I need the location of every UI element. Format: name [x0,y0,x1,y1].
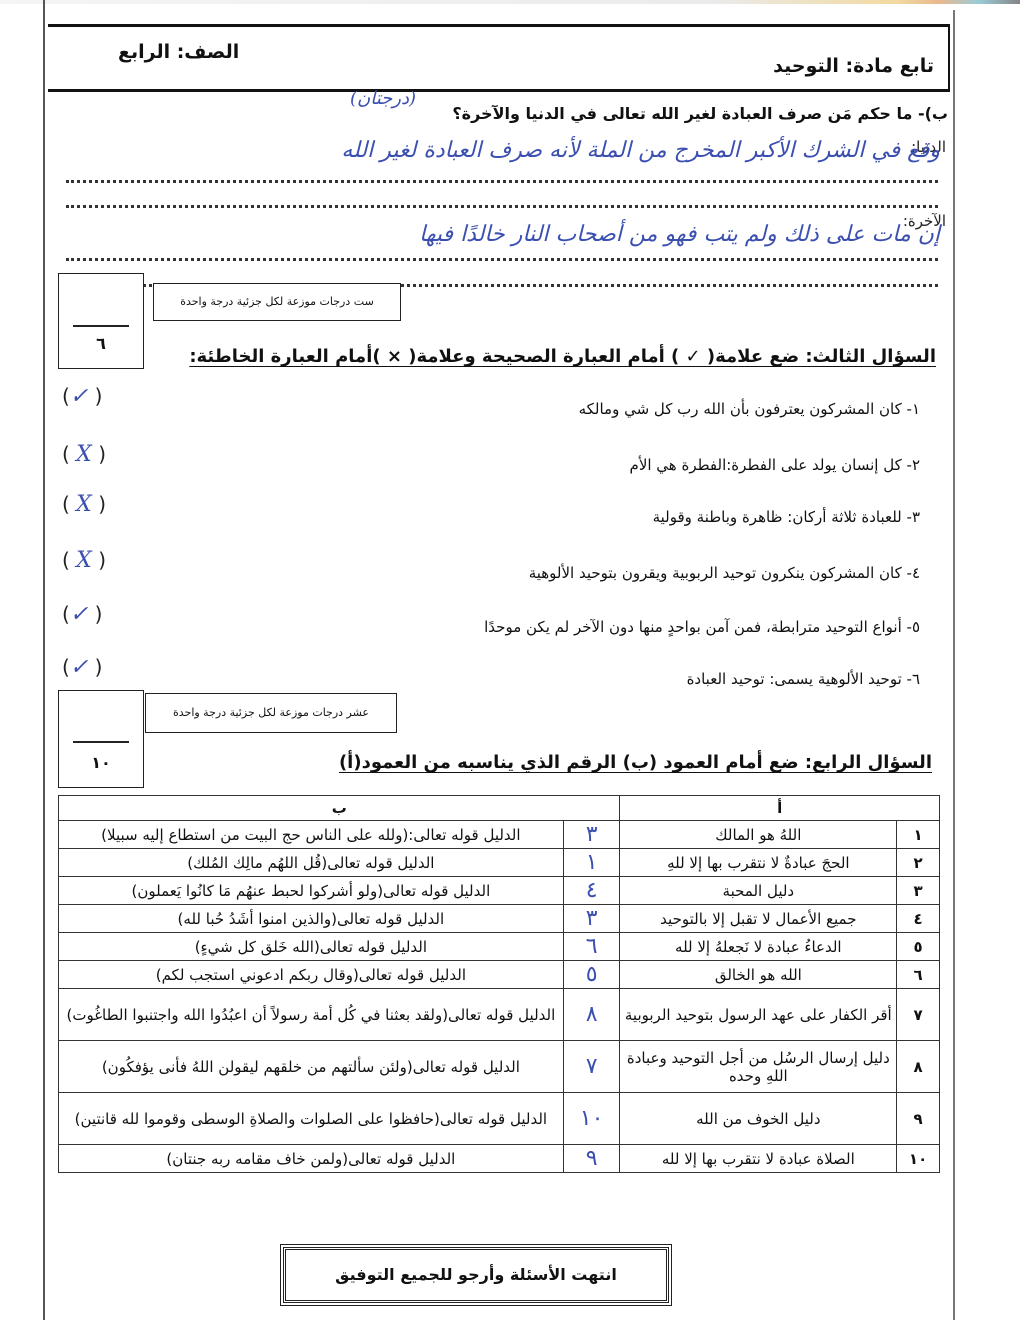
column-a-cell: دليل المحبة [620,877,897,905]
answer-cell[interactable]: ٦ [563,933,620,961]
tf-statement-5: ٥- أنواع التوحيد مترابطة، فمن آمن بواحدٍ… [484,618,920,636]
akhira-answer[interactable]: إن مات على ذلك ولم يتب فهو من أصحاب النا… [419,222,940,247]
column-b-cell: الدليل قوله تعالى(ولقد بعثنا في كُل أمة … [59,989,564,1041]
answer-cell[interactable]: ٣ [563,821,620,849]
table-row: ١ اللهُ هو المالك ٣ الدليل قوله تعالى:(و… [59,821,940,849]
matching-table: أ ب ١ اللهُ هو المالك ٣ الدليل قوله تعال… [58,795,940,1173]
column-a-header: أ [620,796,940,821]
table-row: ٩ دليل الخوف من الله ١٠ الدليل قوله تعال… [59,1093,940,1145]
tf-answer-3[interactable]: ( X ) [62,492,132,517]
table-row: ٨ دليل إرسال الرسُل من أجل التوحيد وعباد… [59,1041,940,1093]
row-number: ١٠ [897,1145,940,1173]
column-b-cell: الدليل قوله تعالى(قُل اللهُم مالِك المُل… [59,849,564,877]
scan-edge [0,0,1020,4]
row-number: ١ [897,821,940,849]
score-total: ٦ [59,334,143,353]
table-row: ٦ الله هو الخالق ٥ الدليل قوله تعالى(وقا… [59,961,940,989]
column-a-cell: الله هو الخالق [620,961,897,989]
cross-icon: X [76,492,92,517]
tf-answer-2[interactable]: ( X ) [62,442,132,467]
answer-cell[interactable]: ١٠ [563,1093,620,1145]
table-row: ٢ الحجَ عبادةٌ لا نتقرب بها إلا للهِ ١ ا… [59,849,940,877]
row-number: ٢ [897,849,940,877]
grading-note-q4: عشر درجات موزعة لكل جزئية درجة واحدة [145,693,397,733]
column-b-cell: الدليل قوله تعالى:(ولله على الناس حج الب… [59,821,564,849]
row-number: ٣ [897,877,940,905]
check-icon: ✓ [70,384,88,409]
row-number: ٦ [897,961,940,989]
grade-label: الصف: الرابع [118,41,239,63]
column-b-cell: الدليل قوله تعالى(والذين امنوا أشَدُ حُب… [59,905,564,933]
page-border-left [43,0,45,1320]
column-a-cell: الصلاة عبادة لا نتقرب بها إلا لله [620,1145,897,1173]
answer-cell[interactable]: ٤ [563,877,620,905]
column-b-cell: الدليل قوله تعالى(ولمن خاف مقامه ربه جنت… [59,1145,564,1173]
answer-cell[interactable]: ٥ [563,961,620,989]
row-number: ٩ [897,1093,940,1145]
column-b-header: ب [59,796,620,821]
row-number: ٨ [897,1041,940,1093]
answer-line [66,180,938,183]
column-a-cell: جميع الأعمال لا تقبل إلا بالتوحيد [620,905,897,933]
cross-icon: X [76,442,92,467]
row-number: ٤ [897,905,940,933]
tf-answer-6[interactable]: (✓ ) [62,655,132,680]
column-a-cell: الحجَ عبادةٌ لا نتقرب بها إلا للهِ [620,849,897,877]
score-total: ١٠ [59,753,143,772]
row-number: ٥ [897,933,940,961]
score-box-q3: ٦ [58,273,144,369]
column-b-cell: الدليل قوله تعالى(الله خَلق كل شيءٍ) [59,933,564,961]
column-b-cell: الدليل قوله تعالى(حافظوا على الصلوات وال… [59,1093,564,1145]
table-row: ٧ أقر الكفار على عهد الرسول بتوحيد الربو… [59,989,940,1041]
answer-cell[interactable]: ٨ [563,989,620,1041]
answer-line [66,205,938,208]
answer-cell[interactable]: ١ [563,849,620,877]
answer-line [66,258,938,261]
column-a-cell: دليل إرسال الرسُل من أجل التوحيد وعبادة … [620,1041,897,1093]
tf-statement-6: ٦- توحيد الألوهية يسمى: توحيد العبادة [687,670,920,688]
column-b-cell: الدليل قوله تعالى(وقال ربكم ادعوني استجب… [59,961,564,989]
row-number: ٧ [897,989,940,1041]
table-row: ١٠ الصلاة عبادة لا نتقرب بها إلا لله ٩ ا… [59,1145,940,1173]
grading-note-q3: ست درجات موزعة لكل جزئية درجة واحدة [153,283,401,321]
column-b-cell: الدليل قوله تعالى(ولو أشركوا لحبط عنهُم … [59,877,564,905]
cross-icon: X [76,548,92,573]
tf-answer-1[interactable]: (✓ ) [62,384,132,409]
check-icon: ✓ [70,655,88,680]
question-3-title: السؤال الثالث: ضع علامة( ✓ ) أمام العبار… [189,346,936,367]
answer-cell[interactable]: ٩ [563,1145,620,1173]
tf-statement-2: ٢- كل إنسان يولد على الفطرة:الفطرة هي ال… [630,456,920,474]
subject-title: تابع مادة: التوحيد [773,55,934,77]
column-a-cell: اللهُ هو المالك [620,821,897,849]
tf-statement-3: ٣- للعبادة ثلاثة أركان: ظاهرة وباطنة وقو… [653,508,920,526]
tf-statement-1: ١- كان المشركون يعترفون بأن الله رب كل ش… [579,400,920,418]
check-icon: ✓ [70,602,88,627]
answer-cell[interactable]: ٧ [563,1041,620,1093]
dunya-answer[interactable]: وقع في الشرك الأكبر المخرج من الملة لأنه… [341,138,940,163]
table-row: ٤ جميع الأعمال لا تقبل إلا بالتوحيد ٣ ال… [59,905,940,933]
page-border-right [953,10,955,1320]
column-a-cell: دليل الخوف من الله [620,1093,897,1145]
tf-answer-5[interactable]: (✓ ) [62,602,132,627]
table-row: ٥ الدعاءُ عبادة لا نَجعلهُ إلا لله ٦ الد… [59,933,940,961]
question-b-text: ب)- ما حكم مَن صرف العبادة لغير الله تعا… [452,104,948,123]
score-divider [73,325,129,327]
handwritten-marks: (درجتان) [350,88,416,109]
tf-statement-4: ٤- كان المشركون ينكرون توحيد الربوبية وي… [529,564,920,582]
tf-answer-4[interactable]: ( X ) [62,548,132,573]
table-row: ٣ دليل المحبة ٤ الدليل قوله تعالى(ولو أش… [59,877,940,905]
column-a-cell: الدعاءُ عبادة لا نَجعلهُ إلا لله [620,933,897,961]
question-4-title: السؤال الرابع: ضع أمام العمود (ب) الرقم … [339,752,932,773]
column-a-cell: أقر الكفار على عهد الرسول بتوحيد الربوبي… [620,989,897,1041]
column-b-cell: الدليل قوله تعالى(ولئن سألتهم من خلقهم ل… [59,1041,564,1093]
closing-message: انتهت الأسئلة وأرجو للجميع التوفيق [283,1247,669,1303]
exam-header: تابع مادة: التوحيد الصف: الرابع [48,24,950,92]
table-header-row: أ ب [59,796,940,821]
score-box-q4: ١٠ [58,690,144,788]
answer-cell[interactable]: ٣ [563,905,620,933]
score-divider [73,741,129,743]
